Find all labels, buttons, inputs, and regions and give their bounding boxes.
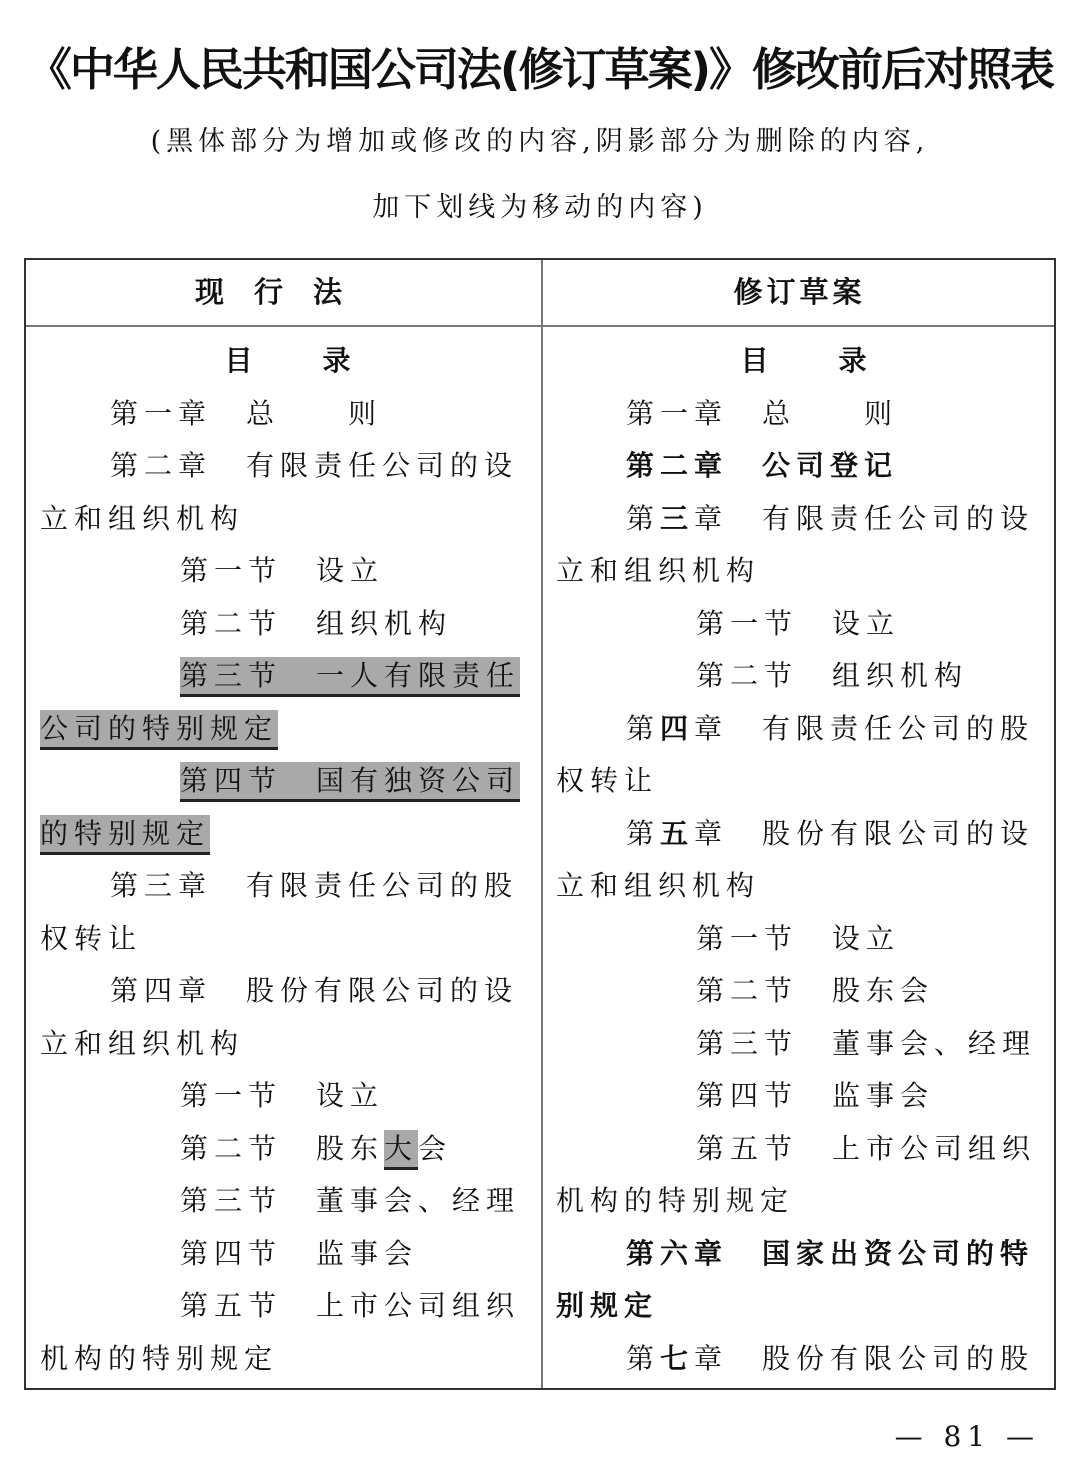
toc-line: 第一节 设立 (556, 598, 1051, 651)
text: 第一章 总 则 (626, 397, 898, 430)
text: 第二节 组织机构 (180, 607, 452, 640)
added-text: 三 (660, 502, 694, 535)
toc-line: 机构的特别规定 (40, 1333, 535, 1386)
text: 章 股份有限公司的股 (694, 1342, 1034, 1375)
text: 第二节 股东会 (696, 974, 934, 1007)
text: 第一节 设立 (180, 554, 384, 587)
column-header-current-law: 现行法 (26, 260, 541, 325)
toc-line: 权转让 (556, 755, 1051, 808)
toc-line: 第二章 公司登记 (556, 440, 1051, 493)
text: 权转让 (40, 922, 142, 955)
text: 第 (626, 817, 660, 850)
text: 第四章 股份有限公司的设 (110, 974, 518, 1007)
added-text: 四 (660, 712, 694, 745)
current-law-column: 目录第一章 总 则第二章 有限责任公司的设立和组织机构第一节 设立第二节 组织机… (40, 335, 535, 1385)
text: 机构的特别规定 (40, 1342, 278, 1375)
toc-line: 的特别规定 (40, 808, 535, 861)
legend-note-line1: (黑体部分为增加或修改的内容,阴影部分为删除的内容, (0, 122, 1080, 162)
text: 第三节 董事会、经理 (180, 1184, 520, 1217)
text: 第 (626, 712, 660, 745)
toc-line: 立和组织机构 (40, 1018, 535, 1071)
text: 第四节 监事会 (180, 1237, 418, 1270)
added-text: 七 (660, 1342, 694, 1375)
toc-line: 第四章 股份有限公司的设 (40, 965, 535, 1018)
text: 立和组织机构 (556, 869, 760, 902)
toc-heading: 目录 (40, 335, 535, 388)
text: 机构的特别规定 (556, 1184, 794, 1217)
toc-line: 第二节 股东大会 (40, 1123, 535, 1176)
toc-line: 第七章 股份有限公司的股 (556, 1333, 1051, 1386)
text: 第 (626, 502, 660, 535)
text: 第二节 股东 (180, 1132, 384, 1165)
toc-line: 第二节 组织机构 (40, 598, 535, 651)
page-number: — 81 — (895, 1420, 1040, 1453)
legend-note-line2: 加下划线为移动的内容) (0, 188, 1080, 228)
text: 第三章 有限责任公司的股 (110, 869, 518, 902)
toc-line: 第三章 有限责任公司的股 (40, 860, 535, 913)
text: 章 有限责任公司的股 (694, 712, 1034, 745)
deleted-text: 公司的特别规定 (40, 710, 278, 750)
toc-line: 第三节 董事会、经理 (40, 1175, 535, 1228)
text: 第二节 组织机构 (696, 659, 968, 692)
toc-line: 第六章 国家出资公司的特 (556, 1228, 1051, 1281)
text: 第一章 总 则 (110, 397, 382, 430)
text: 第一节 设立 (696, 922, 900, 955)
toc-line: 第三章 有限责任公司的设 (556, 493, 1051, 546)
toc-line: 第二节 股东会 (556, 965, 1051, 1018)
text: 目录 (740, 344, 936, 377)
text: 会 (418, 1132, 452, 1165)
toc-line: 第五节 上市公司组织 (40, 1280, 535, 1333)
toc-line: 第五节 上市公司组织 (556, 1123, 1051, 1176)
toc-line: 公司的特别规定 (40, 703, 535, 756)
toc-line: 第三节 一人有限责任 (40, 650, 535, 703)
toc-line: 第二节 组织机构 (556, 650, 1051, 703)
text: 第一节 设立 (696, 607, 900, 640)
toc-line: 第一节 设立 (556, 913, 1051, 966)
toc-line: 第四节 国有独资公司 (40, 755, 535, 808)
text: 第 (626, 1342, 660, 1375)
text: 章 有限责任公司的设 (694, 502, 1034, 535)
toc-line: 第四章 有限责任公司的股 (556, 703, 1051, 756)
text: 第五节 上市公司组织 (180, 1289, 520, 1322)
toc-line: 权转让 (40, 913, 535, 966)
text: 第二章 有限责任公司的设 (110, 449, 518, 482)
page-title: 《中华人民共和国公司法(修订草案)》修改前后对照表 (0, 40, 1080, 100)
toc-heading: 目录 (556, 335, 1051, 388)
text: 立和组织机构 (40, 1027, 244, 1060)
toc-line: 第五章 股份有限公司的设 (556, 808, 1051, 861)
deleted-text: 第四节 国有独资公司 (180, 762, 520, 802)
toc-line: 第一章 总 则 (556, 388, 1051, 441)
toc-line: 第一节 设立 (40, 545, 535, 598)
added-text: 五 (660, 817, 694, 850)
text: 立和组织机构 (40, 502, 244, 535)
text: 目录 (224, 344, 420, 377)
toc-line: 别规定 (556, 1280, 1051, 1333)
column-header-draft: 修订草案 (543, 260, 1056, 325)
toc-line: 第四节 监事会 (556, 1070, 1051, 1123)
added-text: 第六章 国家出资公司的特 (626, 1237, 1034, 1270)
text: 第三节 董事会、经理 (696, 1027, 1036, 1060)
toc-line: 立和组织机构 (556, 545, 1051, 598)
draft-column: 目录第一章 总 则第二章 公司登记第三章 有限责任公司的设立和组织机构第一节 设… (556, 335, 1051, 1385)
comparison-table: 现行法 修订草案 目录第一章 总 则第二章 有限责任公司的设立和组织机构第一节 … (24, 258, 1056, 1390)
text: 章 股份有限公司的设 (694, 817, 1034, 850)
toc-line: 第三节 董事会、经理 (556, 1018, 1051, 1071)
deleted-text: 的特别规定 (40, 815, 210, 855)
toc-line: 机构的特别规定 (556, 1175, 1051, 1228)
text: 立和组织机构 (556, 554, 760, 587)
toc-line: 立和组织机构 (556, 860, 1051, 913)
toc-line: 第一节 设立 (40, 1070, 535, 1123)
header-divider (26, 325, 1054, 327)
toc-line: 第四节 监事会 (40, 1228, 535, 1281)
deleted-text: 大 (384, 1130, 418, 1170)
column-divider (541, 260, 543, 1388)
added-text: 别规定 (556, 1289, 658, 1322)
text: 第四节 监事会 (696, 1079, 934, 1112)
toc-line: 第一章 总 则 (40, 388, 535, 441)
deleted-text: 第三节 一人有限责任 (180, 657, 520, 697)
added-text: 第二章 公司登记 (626, 449, 898, 482)
text: 第一节 设立 (180, 1079, 384, 1112)
text: 第五节 上市公司组织 (696, 1132, 1036, 1165)
text: 权转让 (556, 764, 658, 797)
toc-line: 第二章 有限责任公司的设 (40, 440, 535, 493)
toc-line: 立和组织机构 (40, 493, 535, 546)
